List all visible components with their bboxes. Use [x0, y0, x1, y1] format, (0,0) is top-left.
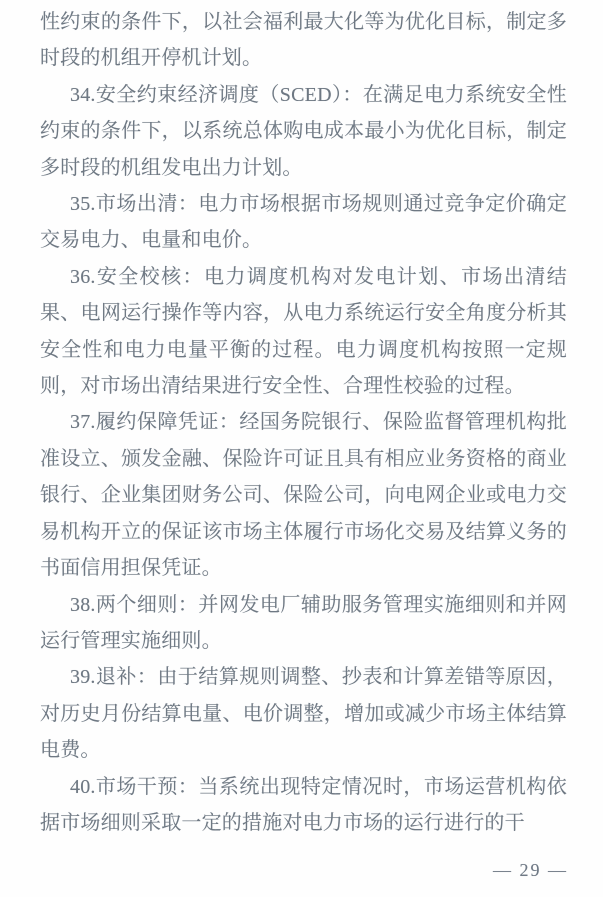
page-number: — 29 —	[493, 860, 568, 881]
paragraph-term-36: 36.安全校核：电力调度机构对发电计划、市场出清结果、电网运行操作等内容，从电力…	[40, 259, 567, 405]
paragraph-term-38: 38.两个细则：并网发电厂辅助服务管理实施细则和并网运行管理实施细则。	[40, 587, 567, 660]
paragraph-term-39: 39.退补：由于结算规则调整、抄表和计算差错等原因，对历史月份结算电量、电价调整…	[40, 659, 567, 768]
paragraph-term-34: 34.安全约束经济调度（SCED）：在满足电力系统安全性约束的条件下，以系统总体…	[40, 77, 567, 186]
document-page: 性约束的条件下，以社会福利最大化等为优化目标，制定多时段的机组开停机计划。 34…	[0, 0, 603, 897]
document-body: 性约束的条件下，以社会福利最大化等为优化目标，制定多时段的机组开停机计划。 34…	[40, 4, 567, 841]
paragraph-term-35: 35.市场出清：电力市场根据市场规则通过竞争定价确定交易电力、电量和电价。	[40, 186, 567, 259]
paragraph-term-40: 40.市场干预：当系统出现特定情况时，市场运营机构依据市场细则采取一定的措施对电…	[40, 769, 567, 842]
paragraph-term-37: 37.履约保障凭证：经国务院银行、保险监督管理机构批准设立、颁发金融、保险许可证…	[40, 404, 567, 586]
paragraph-continued: 性约束的条件下，以社会福利最大化等为优化目标，制定多时段的机组开停机计划。	[40, 4, 567, 77]
